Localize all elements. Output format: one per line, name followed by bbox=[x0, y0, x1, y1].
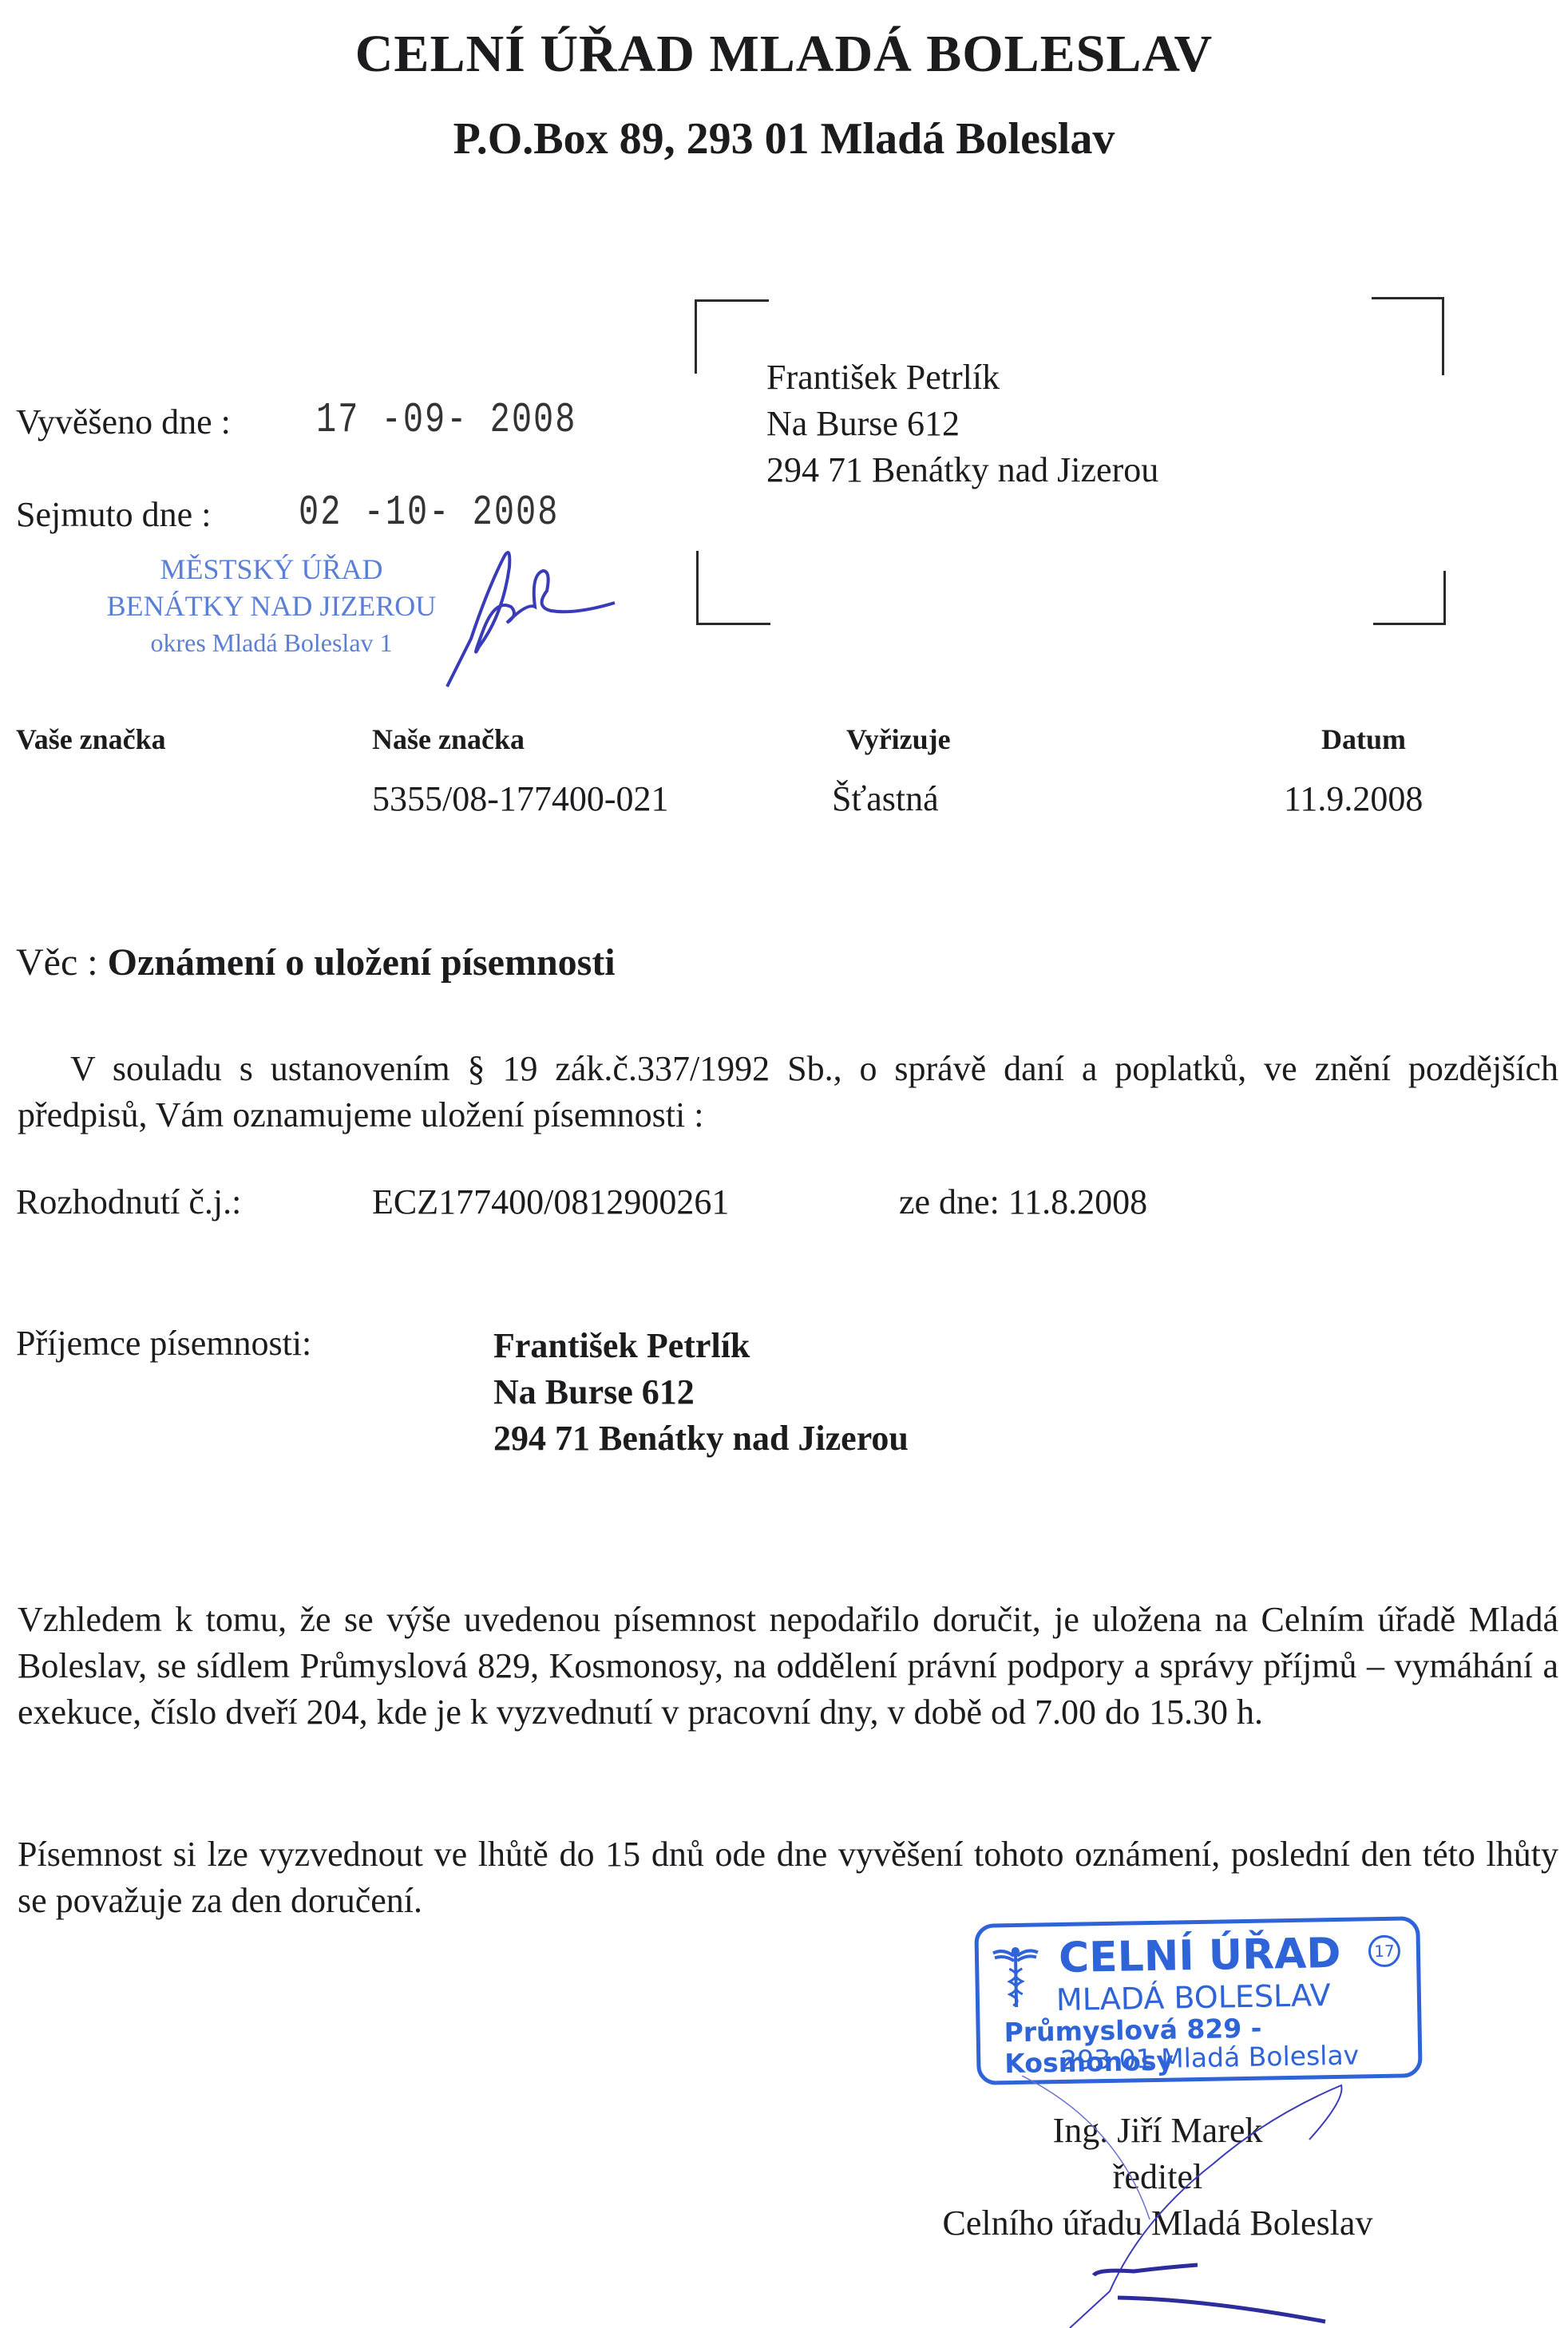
window-corner-bottom-right bbox=[1373, 571, 1446, 625]
ref-header-handler: Vyřizuje bbox=[846, 723, 951, 756]
municipal-signature-icon bbox=[423, 527, 663, 703]
office-stamp-line4: 293 01 Mladá Boleslav bbox=[1060, 2040, 1360, 2077]
addressee-label: Příjemce písemnosti: bbox=[16, 1323, 311, 1364]
office-stamp: CELNÍ ÚŘAD 17 MLADÁ BOLESLAV Průmyslová … bbox=[974, 1916, 1422, 2085]
subject-line: Věc : Oznámení o uložení písemnosti bbox=[16, 940, 616, 984]
municipal-stamp-line1: MĚSTSKÝ ÚŘAD bbox=[64, 551, 479, 588]
removed-label: Sejmuto dne : bbox=[16, 494, 211, 535]
recipient-window-city: 294 71 Benátky nad Jizerou bbox=[766, 447, 1158, 493]
storage-paragraph: Vzhledem k tomu, že se výše uvedenou pís… bbox=[18, 1597, 1558, 1736]
addressee-block: František Petrlík Na Burse 612 294 71 Be… bbox=[493, 1323, 909, 1462]
window-corner-top-left bbox=[695, 299, 769, 374]
addressee-street: Na Burse 612 bbox=[493, 1369, 909, 1415]
subject-text: Oznámení o uložení písemnosti bbox=[108, 941, 616, 984]
intro-paragraph: V souladu s ustanovením § 19 zák.č.337/1… bbox=[18, 1046, 1558, 1138]
subject-label: Věc : bbox=[16, 941, 98, 984]
deadline-paragraph: Písemnost si lze vyzvednout ve lhůtě do … bbox=[18, 1831, 1558, 1924]
decision-label: Rozhodnutí č.j.: bbox=[16, 1182, 241, 1222]
municipal-stamp: MĚSTSKÝ ÚŘAD BENÁTKY NAD JIZEROU okres M… bbox=[64, 551, 479, 661]
addressee-city: 294 71 Benátky nad Jizerou bbox=[493, 1415, 909, 1462]
decision-number: ECZ177400/0812900261 bbox=[372, 1182, 729, 1222]
municipal-stamp-line3: okres Mladá Boleslav 1 bbox=[64, 624, 479, 661]
window-corner-bottom-left bbox=[696, 551, 770, 625]
ref-value-handler: Šťastná bbox=[832, 778, 939, 819]
ref-header-your: Vaše značka bbox=[16, 723, 166, 756]
decision-date: ze dne: 11.8.2008 bbox=[899, 1182, 1147, 1222]
posted-label: Vyvěšeno dne : bbox=[16, 402, 231, 442]
ref-header-date: Datum bbox=[1321, 723, 1406, 756]
office-address: P.O.Box 89, 293 01 Mladá Boleslav bbox=[0, 113, 1568, 164]
addressee-name: František Petrlík bbox=[493, 1323, 909, 1369]
director-signature-icon bbox=[1006, 2076, 1453, 2328]
office-stamp-line1: CELNÍ ÚŘAD bbox=[1059, 1930, 1341, 1982]
ref-value-our: 5355/08-177400-021 bbox=[372, 778, 669, 819]
recipient-window-street: Na Burse 612 bbox=[766, 401, 1158, 447]
municipal-stamp-line2: BENÁTKY NAD JIZEROU bbox=[64, 588, 479, 624]
office-stamp-number: 17 bbox=[1368, 1935, 1401, 1968]
ref-header-our: Naše značka bbox=[372, 723, 525, 756]
ref-value-date: 11.9.2008 bbox=[1284, 778, 1423, 819]
recipient-window-name: František Petrlík bbox=[766, 354, 1158, 401]
posted-date: 17 -09- 2008 bbox=[316, 396, 576, 444]
window-corner-top-right bbox=[1372, 297, 1444, 375]
office-title: CELNÍ ÚŘAD MLADÁ BOLESLAV bbox=[0, 24, 1568, 85]
caduceus-icon bbox=[992, 1944, 1040, 2009]
recipient-window-address: František Petrlík Na Burse 612 294 71 Be… bbox=[766, 354, 1158, 493]
